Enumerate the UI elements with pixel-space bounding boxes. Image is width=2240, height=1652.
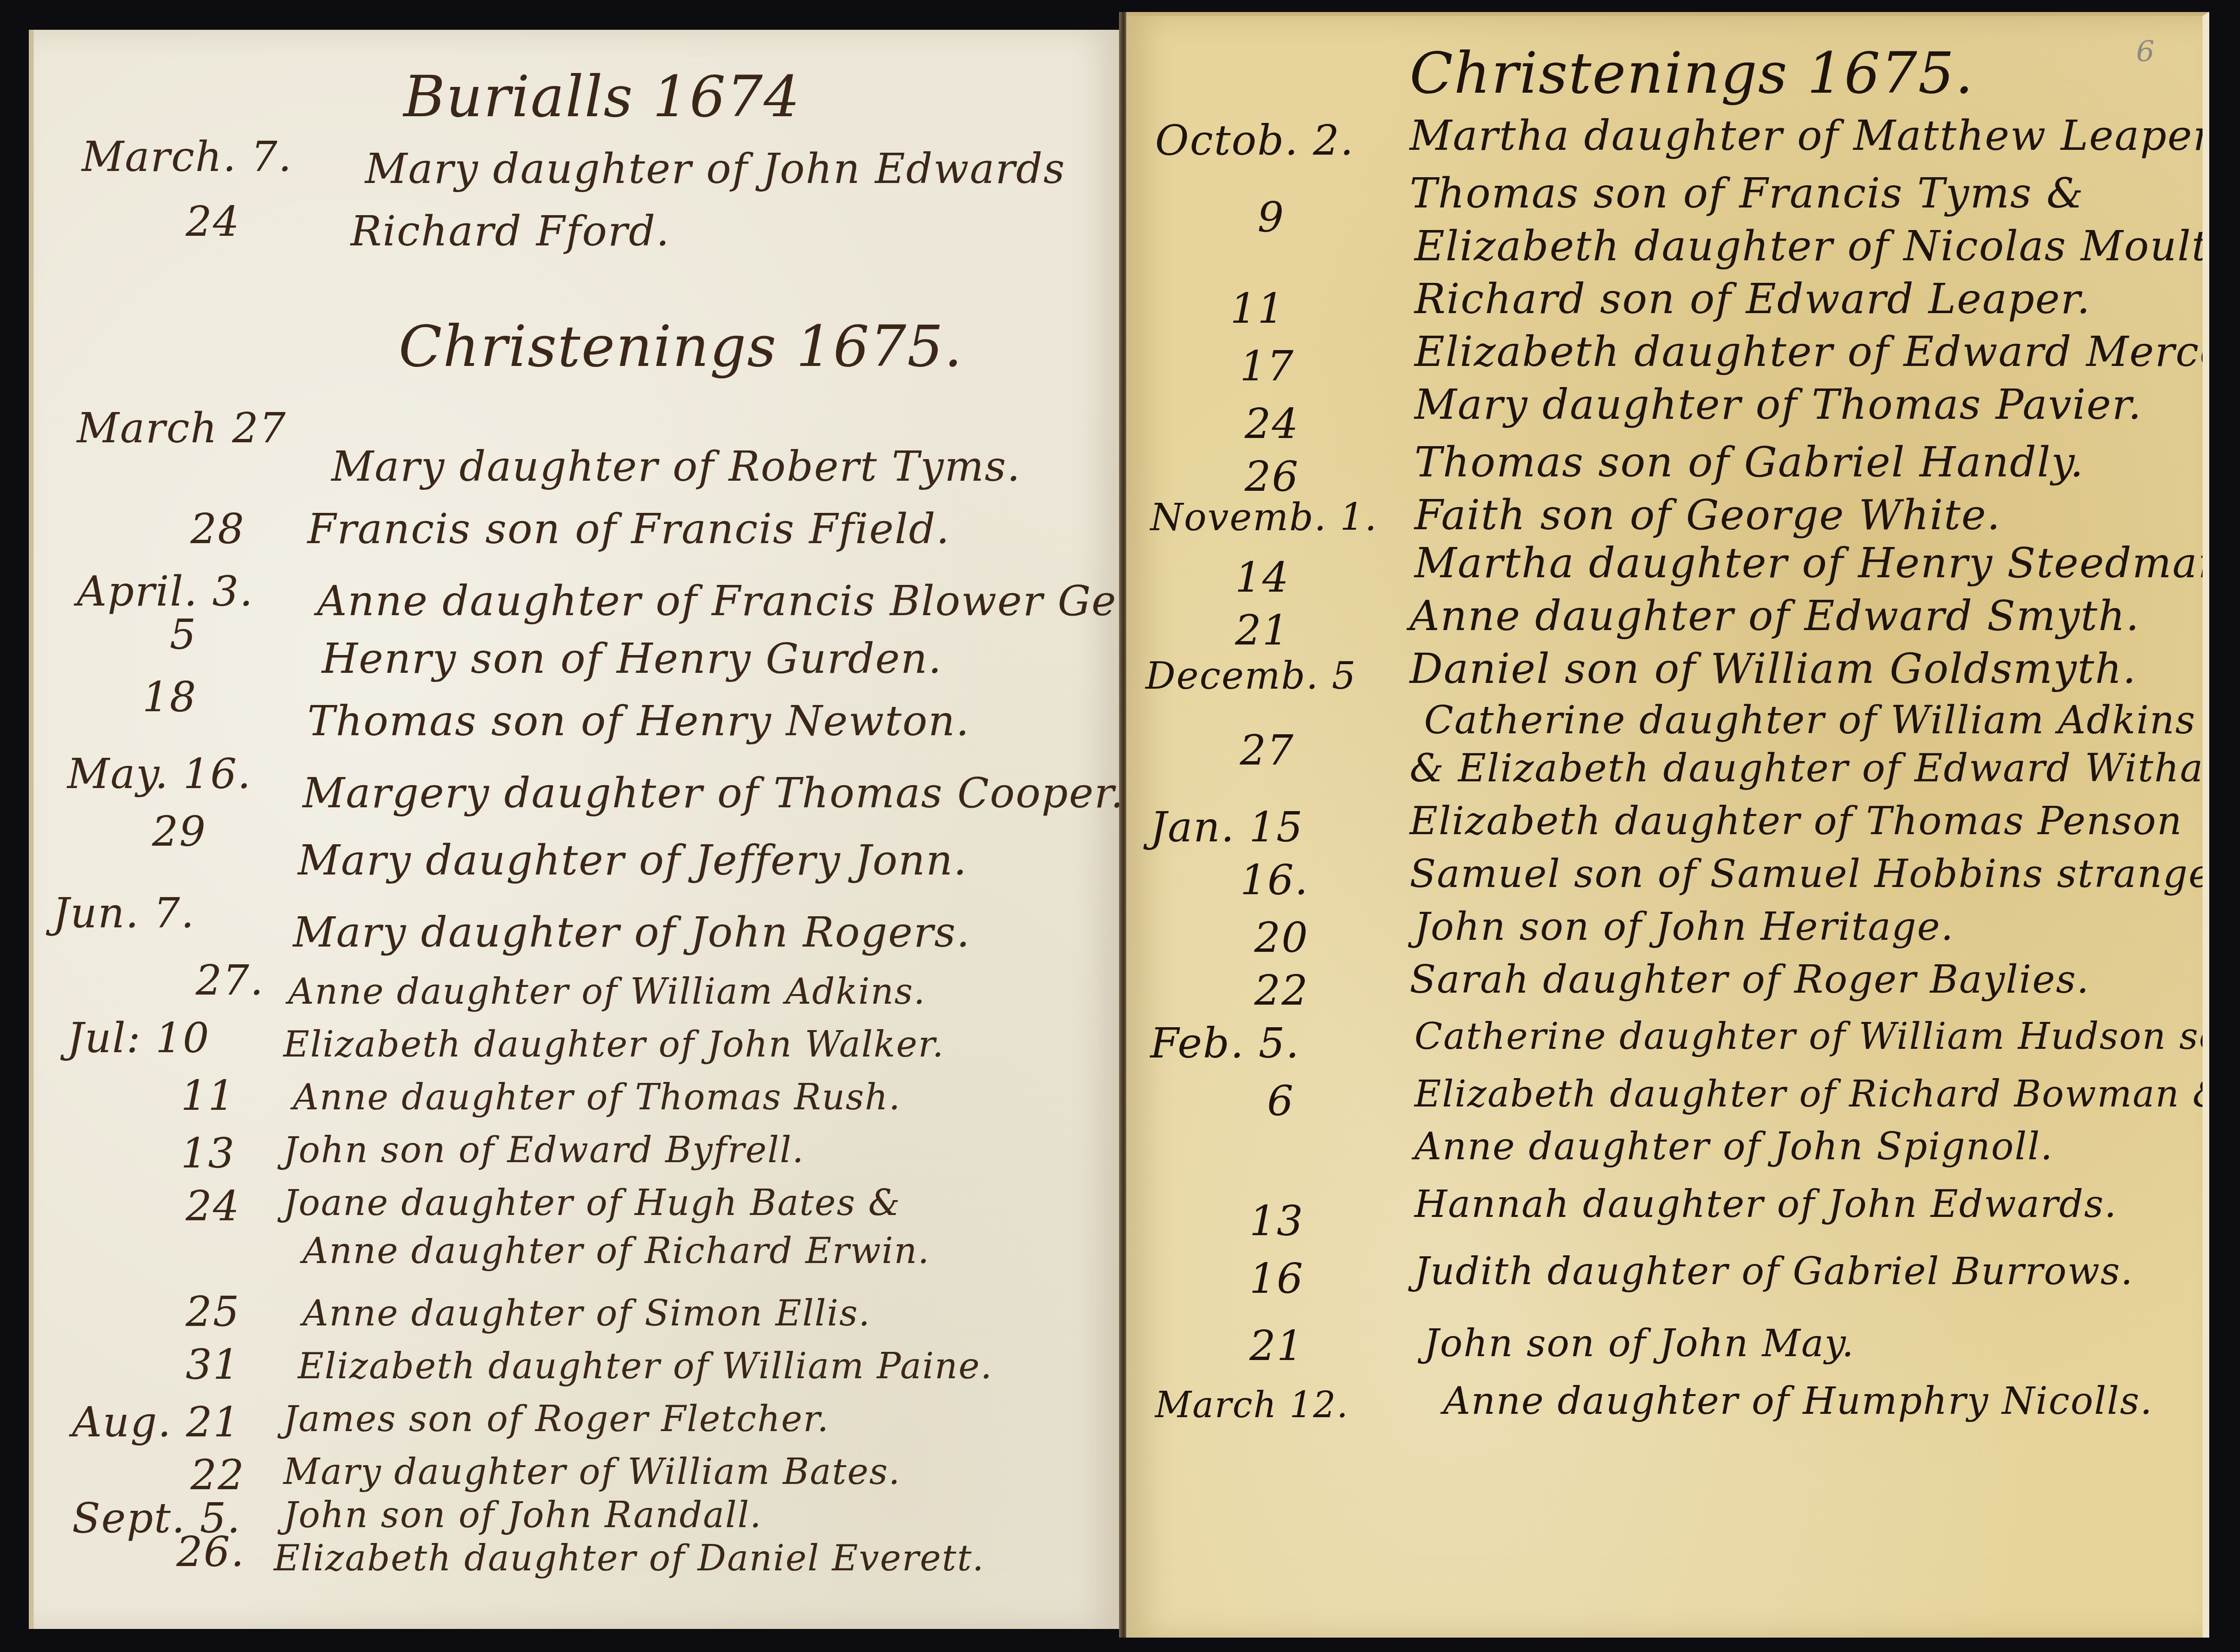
- entry-date: 21: [1174, 1322, 1304, 1370]
- entry-text: Daniel son of William Goldsmyth.: [1410, 645, 2137, 693]
- entry-date: Feb. 5.: [1150, 1020, 1294, 1068]
- entry-text: Anne daughter of Edward Smyth.: [1410, 592, 2140, 640]
- burials-heading: Burialls 1674: [403, 63, 801, 130]
- entry-text: Mary daughter of John Edwards: [365, 145, 1066, 193]
- entry-date: 29: [82, 808, 207, 856]
- entry-date: 9: [1174, 194, 1285, 242]
- entry-text: Martha daughter of Henry Steedman.: [1414, 539, 2209, 587]
- entry-date: 13: [1174, 1197, 1304, 1245]
- open-register-book: Burialls 1674 March. 7. Mary daughter of…: [0, 0, 2240, 1652]
- entry-date: Jun. 7.: [53, 889, 235, 937]
- entry-text: James son of Roger Fletcher.: [283, 1398, 829, 1440]
- entry-text: & Elizabeth daughter of Edward Witham: [1410, 746, 2209, 790]
- entry-date: 20: [1174, 914, 1309, 962]
- entry-date: 22: [1174, 967, 1309, 1015]
- entry-date: 21: [1174, 607, 1290, 655]
- entry-text: Joane daughter of Hugh Bates &: [283, 1182, 901, 1224]
- entry-date: Decemb. 5: [1145, 655, 1357, 698]
- entry-text: Thomas son of Gabriel Handly.: [1414, 438, 2084, 486]
- entry-text: Mary daughter of John Rogers.: [293, 909, 971, 957]
- entry-date: 11: [82, 1072, 235, 1120]
- entry-date: 17: [1174, 342, 1294, 390]
- entry-text: John son of Edward Byfrell.: [283, 1130, 804, 1171]
- entry-date: 6: [1174, 1077, 1294, 1125]
- entry-text: Elizabeth daughter of William Paine.: [298, 1346, 993, 1387]
- entry-text: Henry son of Henry Gurden.: [322, 635, 942, 683]
- entry-text: Faith son of George White.: [1414, 491, 2001, 539]
- entry-date: Novemb. 1.: [1150, 496, 1352, 539]
- entry-date: 27.: [82, 957, 264, 1005]
- entry-text: John son of John Randall.: [283, 1494, 762, 1536]
- entry-text: Anne daughter of William Adkins.: [288, 971, 926, 1012]
- entry-text: Anne daughter of John Spignoll.: [1414, 1125, 2053, 1168]
- entry-date: 28: [82, 505, 245, 553]
- entry-text: Anne daughter of Thomas Rush.: [293, 1077, 901, 1118]
- entry-date: March 27: [77, 404, 259, 452]
- entry-date: 18: [82, 673, 197, 721]
- entry-text: Margery daughter of Thomas Cooper.: [303, 769, 1119, 817]
- entry-text: Anne daughter of Francis Blower Gent.: [317, 577, 1119, 625]
- entry-text: Mary daughter of Jeffery Jonn.: [298, 837, 968, 885]
- entry-text: John son of John Heritage.: [1414, 904, 1954, 949]
- entry-date: Jan. 15: [1150, 803, 1304, 851]
- entry-text: John son of John May.: [1424, 1322, 1855, 1365]
- entry-text: Elizabeth daughter of John Walker.: [283, 1024, 944, 1065]
- entry-date: 26: [1174, 453, 1299, 501]
- entry-date: 16: [1174, 1255, 1304, 1303]
- entry-date: 24: [82, 1182, 240, 1230]
- entry-date: 14: [1174, 554, 1290, 602]
- entry-text: Elizabeth daughter of Thomas Penson: [1410, 799, 2183, 843]
- entry-date: 26.: [82, 1528, 245, 1576]
- entry-text: Elizabeth daughter of Daniel Everett.: [274, 1538, 985, 1579]
- entry-text: Francis son of Francis Ffield.: [307, 505, 950, 553]
- entry-text: Anne daughter of Humphry Nicolls.: [1443, 1380, 2153, 1423]
- entry-date: 25: [82, 1288, 240, 1336]
- entry-text: Mary daughter of Thomas Pavier.: [1414, 381, 2142, 429]
- entry-date: 11: [1174, 285, 1285, 333]
- entry-text: Catherine daughter of William Adkins: [1424, 698, 2196, 742]
- christenings-heading: Christenings 1675.: [399, 313, 963, 379]
- entry-text: Judith daughter of Gabriel Burrows.: [1414, 1250, 2133, 1293]
- entry-date: Aug. 21: [72, 1398, 255, 1446]
- entry-text: Richard Fford.: [351, 207, 670, 255]
- entry-date: April. 3.: [77, 568, 279, 616]
- entry-text: Thomas son of Henry Newton.: [307, 697, 970, 745]
- entry-date: 24: [82, 198, 240, 246]
- entry-text: Elizabeth daughter of Edward Mercer.: [1414, 328, 2209, 376]
- entry-text: Elizabeth daughter of Richard Bowman &: [1414, 1072, 2209, 1115]
- entry-text: Hannah daughter of John Edwards.: [1414, 1183, 2117, 1226]
- entry-text: Martha daughter of Matthew Leaper.: [1410, 112, 2209, 160]
- entry-date: March. 7.: [82, 133, 288, 181]
- entry-date: 27: [1174, 727, 1294, 775]
- entry-date: Octob. 2.: [1155, 117, 1338, 165]
- christenings-heading: Christenings 1675.: [1410, 40, 1974, 106]
- entry-text: Mary daughter of Robert Tyms.: [331, 443, 1021, 491]
- left-page: Burialls 1674 March. 7. Mary daughter of…: [29, 30, 1119, 1629]
- entry-text: Catherine daughter of William Hudson sen…: [1414, 1015, 2209, 1057]
- entry-text: Sarah daughter of Roger Baylies.: [1410, 957, 2090, 1002]
- entry-text: Thomas son of Francis Tyms &: [1410, 170, 2084, 218]
- right-page: 6 Christenings 1675. Octob. 2. Martha da…: [1126, 12, 2209, 1638]
- entry-date: 16.: [1174, 856, 1309, 904]
- entry-text: Samuel son of Samuel Hobbins stranger: [1410, 851, 2209, 896]
- entry-text: Richard son of Edward Leaper.: [1414, 275, 2091, 323]
- entry-text: Anne daughter of Richard Erwin.: [303, 1230, 930, 1272]
- entry-date: 13: [82, 1130, 235, 1178]
- entry-date: 31: [82, 1341, 240, 1389]
- entry-text: Mary daughter of William Bates.: [283, 1451, 901, 1493]
- entry-text: Elizabeth daughter of Nicolas Moulton.: [1414, 222, 2209, 270]
- folio-number: 6: [2136, 35, 2155, 69]
- entry-date: May. 16.: [67, 750, 269, 798]
- entry-date: 24: [1174, 400, 1299, 448]
- entry-date: Jul: 10: [67, 1014, 259, 1062]
- entry-date: 5: [82, 611, 197, 659]
- entry-text: Anne daughter of Simon Ellis.: [303, 1293, 871, 1334]
- entry-date: 22: [82, 1451, 245, 1499]
- entry-date: March 12.: [1155, 1385, 1357, 1426]
